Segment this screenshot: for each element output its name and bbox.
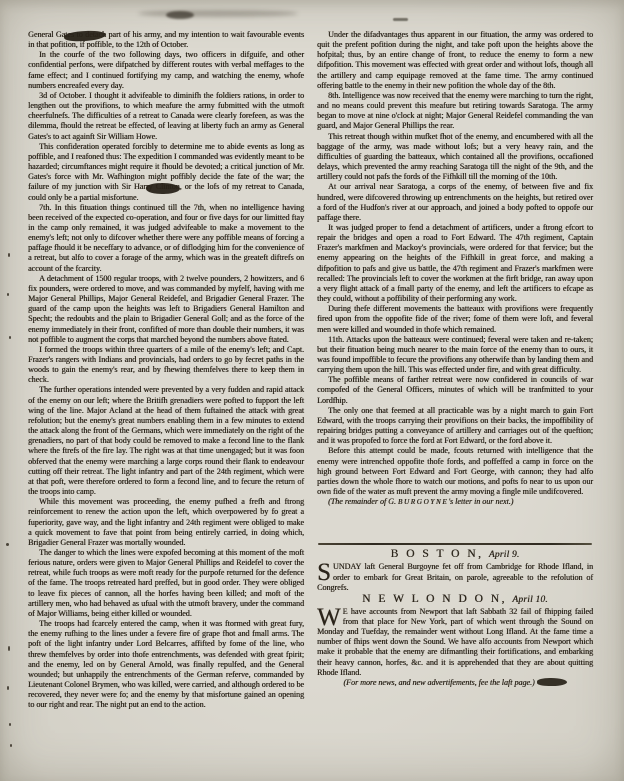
boston-news-paragraph: SUNDAY laft General Burgoyne fet off fro…	[317, 562, 593, 592]
letter-left-paragraphs: General Gates to detach part of his army…	[28, 30, 304, 710]
letter-left-column: General Gates to detach part of his army…	[28, 30, 304, 710]
letter-paragraph: This confideration operated forcibly to …	[28, 142, 304, 203]
letter-paragraph: 7th. In this fituation things continued …	[28, 203, 304, 274]
letter-paragraph: General Gates to detach part of his army…	[28, 30, 304, 50]
letter-paragraph: During thefe different movements the bat…	[317, 304, 593, 334]
margin-speck	[8, 253, 10, 257]
letter-paragraph: 11th. Attacks upon the batteaux were con…	[317, 335, 593, 376]
letter-paragraph: Under the difadvantages thus apparent in…	[317, 30, 593, 91]
letter-paragraph: A detachment of 1500 regular troops, wit…	[28, 274, 304, 345]
margin-speck	[9, 336, 11, 339]
letter-right-column: Under the difadvantages thus apparent in…	[317, 30, 593, 688]
letter-paragraph: At our arrival near Saratoga, a corps of…	[317, 182, 593, 223]
letter-paragraph: The troops had fcarcely entered the camp…	[28, 619, 304, 710]
margin-speck	[6, 543, 9, 546]
letter-paragraph: 8th. Intelligence was now received that …	[317, 91, 593, 132]
scan-smudge	[138, 10, 298, 17]
see-last-page-note: (For more news, and new advertifements, …	[317, 678, 593, 688]
letter-paragraph: This retreat though within mufket fhot o…	[317, 132, 593, 183]
continuation-note-suffix: 's letter in our next.)	[448, 497, 513, 506]
letter-paragraph: Before this attempt could be made, fcout…	[317, 446, 593, 497]
ink-smudge	[166, 11, 194, 19]
continuation-note-prefix: (The remainder of G.	[328, 497, 398, 506]
letter-paragraph: I formed the troops within three quarter…	[28, 345, 304, 386]
letter-right-paragraphs: Under the difadvantages thus apparent in…	[317, 30, 593, 497]
newspaper-page: General Gates to detach part of his army…	[0, 0, 624, 781]
margin-speck	[9, 723, 11, 726]
new-london-heading-city: N E W L O N D O N,	[362, 593, 507, 605]
letter-paragraph: The poffible means of farther retreat we…	[317, 375, 593, 405]
boston-heading: B O S T O N, April 9.	[317, 548, 593, 562]
letter-continuation-note: (The remainder of G. BURGOYNE's letter i…	[317, 497, 593, 507]
margin-speck	[8, 646, 10, 651]
letter-paragraph: It was judged proper to fend a detachmen…	[317, 223, 593, 304]
new-london-heading-date: April 10.	[512, 595, 548, 605]
letter-paragraph: The only one that feemed at all practica…	[317, 406, 593, 447]
boston-heading-date: April 9.	[489, 550, 520, 560]
margin-speck	[10, 744, 12, 747]
boston-heading-city: B O S T O N,	[391, 548, 484, 560]
section-divider-rule	[318, 543, 592, 545]
letter-paragraph: The danger to which the lines were expof…	[28, 548, 304, 619]
letter-paragraph: 3d of October. I thought it advifeable t…	[28, 91, 304, 142]
margin-speck	[7, 293, 9, 296]
new-london-news-paragraph: WE have accounts from Newport that laft …	[317, 607, 593, 678]
continuation-note-author: BURGOYNE	[398, 498, 448, 506]
margin-speck	[7, 686, 9, 690]
ink-dash-mark	[393, 18, 408, 21]
letter-paragraph: In the courfe of the two following days,…	[28, 50, 304, 91]
letter-paragraph: The further operations intended were pre…	[28, 385, 304, 497]
new-london-heading: N E W L O N D O N, April 10.	[317, 593, 593, 607]
letter-paragraph: While this movement was proceeding, the …	[28, 497, 304, 548]
